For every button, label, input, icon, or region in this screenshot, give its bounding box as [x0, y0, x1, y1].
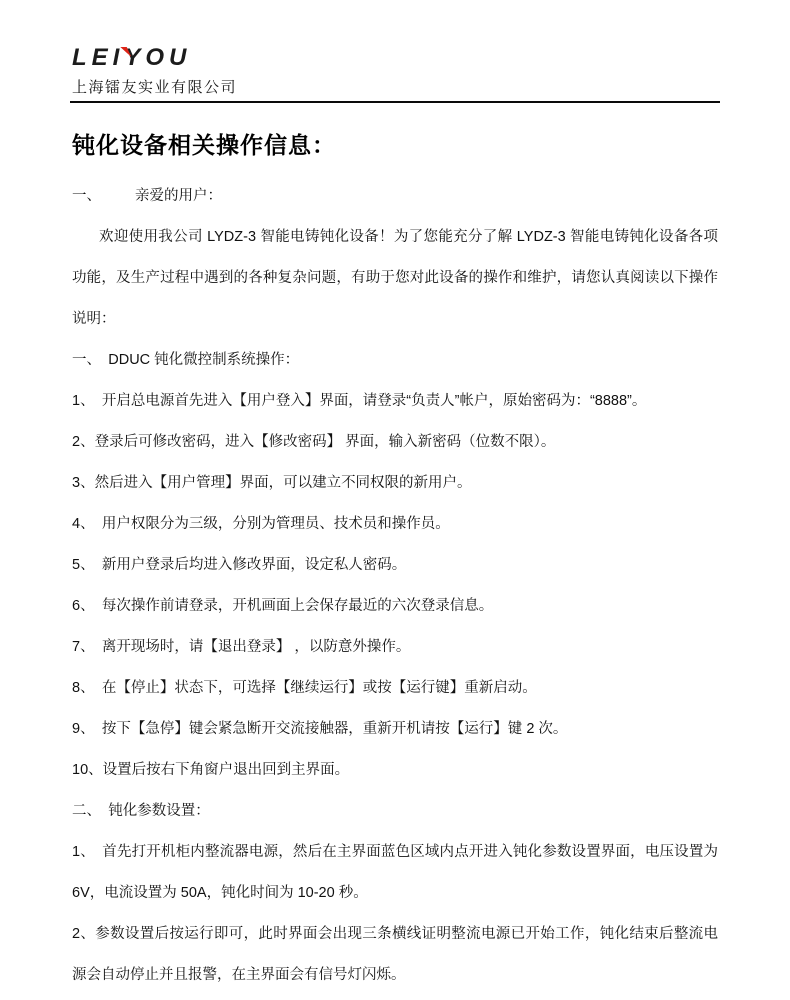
list-item: 5、 新用户登录后均进入修改界面，设定私人密码。	[72, 545, 718, 586]
list-item: 1、 开启总电源首先进入【用户登入】界面，请登录“负责人”帐户，原始密码为：“8…	[72, 381, 718, 422]
page-title: 钝化设备相关操作信息：	[72, 130, 718, 160]
logo-letter-y: Y	[124, 45, 145, 71]
leiyou-logo: LEIYOU	[72, 45, 718, 71]
page-header: LEIYOU 上海镭友实业有限公司	[72, 45, 718, 103]
section1-heading: 一、 DDUC 钝化微控制系统操作：	[72, 340, 718, 381]
list-item: 10、设置后按右下角窗户退出回到主界面。	[72, 750, 718, 791]
list-item: 6、 每次操作前请登录，开机画面上会保存最近的六次登录信息。	[72, 586, 718, 627]
intro-heading: 亲爱的用户：	[135, 176, 222, 217]
list-item: 8、 在【停止】状态下，可选择【继续运行】或按【运行键】重新启动。	[72, 668, 718, 709]
intro-number: 一、	[72, 176, 135, 217]
list-item: 2、参数设置后按运行即可，此时界面会出现三条横线证明整流电源已开始工作，钝化结束…	[72, 914, 718, 996]
list-item: 7、 离开现场时，请【退出登录】 ，以防意外操作。	[72, 627, 718, 668]
intro-paragraph: 欢迎使用我公司 LYDZ-3 智能电铸钝化设备！为了您能充分了解 LYDZ-3 …	[72, 217, 718, 340]
list-item: 3、然后进入【用户管理】界面，可以建立不同权限的新用户。	[72, 463, 718, 504]
document-body: 一、 亲爱的用户： 欢迎使用我公司 LYDZ-3 智能电铸钝化设备！为了您能充分…	[72, 176, 718, 996]
intro-heading-row: 一、 亲爱的用户：	[72, 176, 718, 217]
header-divider	[70, 101, 720, 103]
company-name: 上海镭友实业有限公司	[72, 76, 718, 97]
list-item: 9、 按下【急停】键会紧急断开交流接触器，重新开机请按【运行】键 2 次。	[72, 709, 718, 750]
logo-text-post: OU	[145, 44, 191, 71]
list-item: 4、 用户权限分为三级，分别为管理员、技术员和操作员。	[72, 504, 718, 545]
section2-heading: 二、 钝化参数设置：	[72, 791, 718, 832]
logo-text-pre: LEI	[72, 44, 124, 71]
list-item: 1、 首先打开机柜内整流器电源，然后在主界面蓝色区域内点开进入钝化参数设置界面，…	[72, 832, 718, 914]
document-page: LEIYOU 上海镭友实业有限公司 钝化设备相关操作信息： 一、 亲爱的用户： …	[0, 0, 790, 1000]
list-item: 2、登录后可修改密码，进入【修改密码】 界面，输入新密码（位数不限）。	[72, 422, 718, 463]
